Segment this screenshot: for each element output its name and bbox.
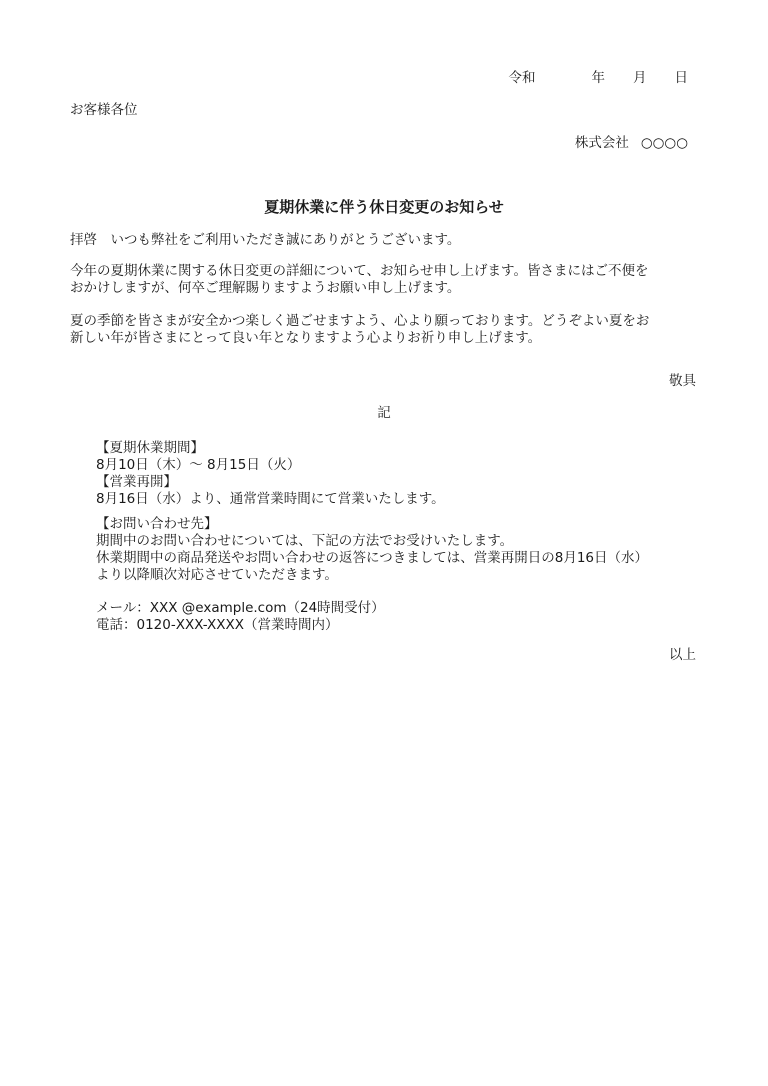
contact-line: 期間中のお問い合わせについては、下記の方法でお受けいたします。 xyxy=(96,533,648,550)
contact-section: 【お問い合わせ先】 期間中のお問い合わせについては、下記の方法でお受けいたします… xyxy=(96,516,648,584)
summer-holiday-value: 8月10日（木）～ 8月15日（火） xyxy=(96,457,445,474)
contact-methods: メール：XXX @example.com（24時間受付） 電話：0120-XXX… xyxy=(96,600,385,634)
paragraph-line: 今年の夏期休業に関する休日変更の詳細について、お知らせ申し上げます。皆さまにはご… xyxy=(70,263,648,280)
schedule-section: 【夏期休業期間】 8月10日（木）～ 8月15日（火） 【営業再開】 8月16日… xyxy=(96,440,445,508)
date-line: 令和年月日 xyxy=(509,70,689,87)
body-paragraph-2: 夏の季節を皆さまが安全かつ楽しく過ごせますよう、心より願っております。どうぞよい… xyxy=(70,313,649,347)
sender-company: 株式会社○○○○ xyxy=(575,135,688,152)
body-paragraph-1: 今年の夏期休業に関する休日変更の詳細について、お知らせ申し上げます。皆さまにはご… xyxy=(70,263,648,297)
date-era: 令和 xyxy=(509,70,536,87)
company-name: ○○○○ xyxy=(641,135,688,151)
business-resume-value: 8月16日（水）より、通常営業時間にて営業いたします。 xyxy=(96,491,445,508)
paragraph-line: おかけしますが、何卒ご理解賜りますようお願い申し上げます。 xyxy=(70,280,648,297)
notes-heading: 記 xyxy=(0,405,768,422)
recipient: お客様各位 xyxy=(70,102,138,119)
summer-holiday-label: 【夏期休業期間】 xyxy=(96,440,445,457)
contact-label: 【お問い合わせ先】 xyxy=(96,516,648,533)
business-resume-label: 【営業再開】 xyxy=(96,474,445,491)
contact-phone: 電話：0120-XXX-XXXX（営業時間内） xyxy=(96,617,385,634)
paragraph-line: 夏の季節を皆さまが安全かつ楽しく過ごせますよう、心より願っております。どうぞよい… xyxy=(70,313,649,330)
opening-greeting: 拝啓 いつも弊社をご利用いただき誠にありがとうございます。 xyxy=(70,232,460,249)
contact-line: 休業期間中の商品発送やお問い合わせの返答につきましては、営業再開日の8月16日（… xyxy=(96,550,648,567)
contact-email: メール：XXX @example.com（24時間受付） xyxy=(96,600,385,617)
contact-line: より以降順次対応させていただきます。 xyxy=(96,567,648,584)
end-mark: 以上 xyxy=(669,647,696,664)
paragraph-line: 新しい年が皆さまにとって良い年となりますよう心よりお祈り申し上げます。 xyxy=(70,330,649,347)
document-title: 夏期休業に伴う休日変更のお知らせ xyxy=(0,199,768,216)
date-month-label: 月 xyxy=(633,70,647,87)
date-day-label: 日 xyxy=(675,70,689,87)
company-prefix: 株式会社 xyxy=(575,135,629,151)
date-year-label: 年 xyxy=(592,70,606,87)
closing-keigu: 敬具 xyxy=(669,373,696,390)
